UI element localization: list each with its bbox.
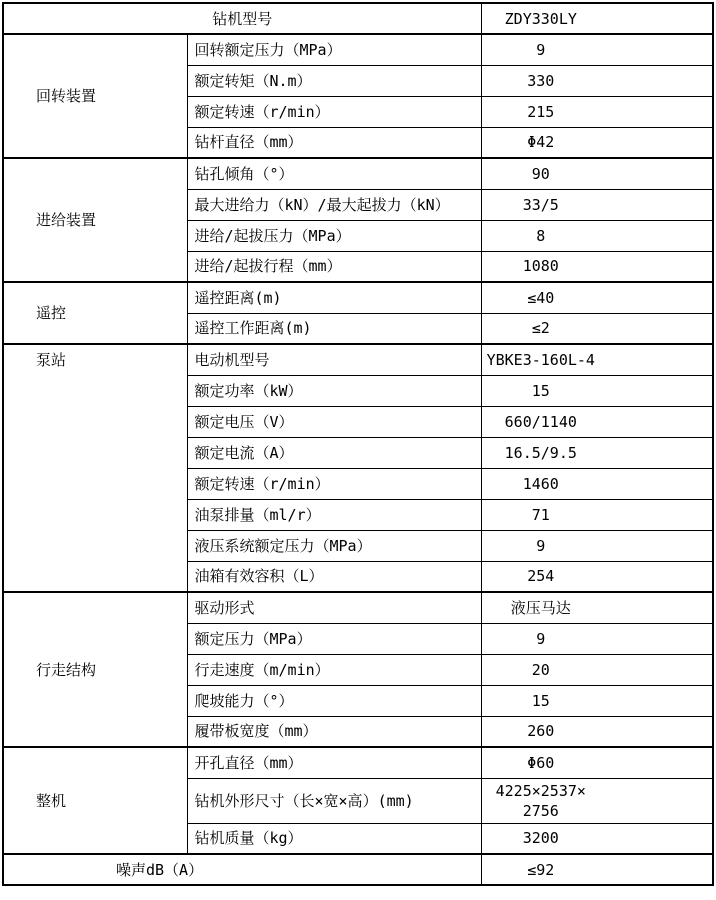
noise-label: 噪声dB（A） — [3, 854, 481, 885]
param-label: 额定压力（MPa） — [187, 623, 481, 654]
param-value: Φ42 — [481, 127, 713, 158]
param-value: 3200 — [481, 823, 713, 854]
param-label: 油泵排量（ml/r） — [187, 499, 481, 530]
table-row: 遥控 遥控距离(m) ≤40 — [3, 282, 713, 313]
param-value: 液压马达 — [481, 592, 713, 623]
param-label: 进给/起拔压力（MPa） — [187, 220, 481, 251]
param-label: 额定转矩（N.m） — [187, 65, 481, 96]
param-value: 1080 — [481, 251, 713, 282]
model-value: ZDY330LY — [481, 3, 713, 34]
table-row: 回转装置 回转额定压力（MPa） 9 — [3, 34, 713, 65]
table-row: 整机 开孔直径（mm） Φ60 — [3, 747, 713, 778]
section-label-rotary: 回转装置 — [3, 34, 187, 158]
param-label: 遥控工作距离(m) — [187, 313, 481, 344]
param-value: 215 — [481, 96, 713, 127]
param-label: 额定转速（r/min） — [187, 468, 481, 499]
footer-row: 噪声dB（A） ≤92 — [3, 854, 713, 885]
param-value: 90 — [481, 158, 713, 189]
section-label-remote: 遥控 — [3, 282, 187, 344]
param-label: 履带板宽度（mm） — [187, 716, 481, 747]
param-value: 260 — [481, 716, 713, 747]
param-value: ≤40 — [481, 282, 713, 313]
param-label: 驱动形式 — [187, 592, 481, 623]
param-value: 9 — [481, 530, 713, 561]
param-label: 钻杆直径（mm） — [187, 127, 481, 158]
param-value: 33/5 — [481, 189, 713, 220]
section-label-travel: 行走结构 — [3, 592, 187, 747]
table-row: 进给装置 钻孔倾角（°） 90 — [3, 158, 713, 189]
param-label: 最大进给力（kN）/最大起拔力（kN） — [187, 189, 481, 220]
param-value: 330 — [481, 65, 713, 96]
param-label: 进给/起拔行程（mm） — [187, 251, 481, 282]
param-label: 额定功率（kW） — [187, 375, 481, 406]
param-value: 660/1140 — [481, 406, 713, 437]
param-label: 爬坡能力（°） — [187, 685, 481, 716]
param-value: 16.5/9.5 — [481, 437, 713, 468]
param-label: 遥控距离(m) — [187, 282, 481, 313]
param-value: 15 — [481, 375, 713, 406]
param-value: ≤2 — [481, 313, 713, 344]
param-value: 20 — [481, 654, 713, 685]
header-row: 钻机型号 ZDY330LY — [3, 3, 713, 34]
table-row: 行走结构 驱动形式 液压马达 — [3, 592, 713, 623]
param-label: 额定转速（r/min） — [187, 96, 481, 127]
param-label: 开孔直径（mm） — [187, 747, 481, 778]
param-label: 钻机外形尺寸（长×宽×高）(mm) — [187, 778, 481, 823]
param-label: 回转额定压力（MPa） — [187, 34, 481, 65]
section-label-feed: 进给装置 — [3, 158, 187, 282]
param-value: 9 — [481, 34, 713, 65]
param-label: 钻机质量（kg） — [187, 823, 481, 854]
param-label: 液压系统额定压力（MPa） — [187, 530, 481, 561]
param-value: 15 — [481, 685, 713, 716]
table-title: 钻机型号 — [3, 3, 481, 34]
param-label: 额定电压（V） — [187, 406, 481, 437]
param-label: 电动机型号 — [187, 344, 481, 375]
noise-value: ≤92 — [481, 854, 713, 885]
drill-spec-table: 钻机型号 ZDY330LY 回转装置 回转额定压力（MPa） 9 额定转矩（N.… — [2, 2, 714, 886]
param-value: 71 — [481, 499, 713, 530]
section-label-overall: 整机 — [3, 747, 187, 854]
param-value: 8 — [481, 220, 713, 251]
section-label-pump: 泵站 — [3, 344, 187, 592]
param-label: 行走速度（m/min） — [187, 654, 481, 685]
table-row: 泵站 电动机型号 YBKE3-160L-4 — [3, 344, 713, 375]
param-label: 额定电流（A） — [187, 437, 481, 468]
param-label: 钻孔倾角（°） — [187, 158, 481, 189]
param-value: Φ60 — [481, 747, 713, 778]
param-label: 油箱有效容积（L） — [187, 561, 481, 592]
param-value: 4225×2537× 2756 — [481, 778, 713, 823]
param-value: YBKE3-160L-4 — [481, 344, 713, 375]
param-value: 1460 — [481, 468, 713, 499]
param-value: 254 — [481, 561, 713, 592]
param-value: 9 — [481, 623, 713, 654]
